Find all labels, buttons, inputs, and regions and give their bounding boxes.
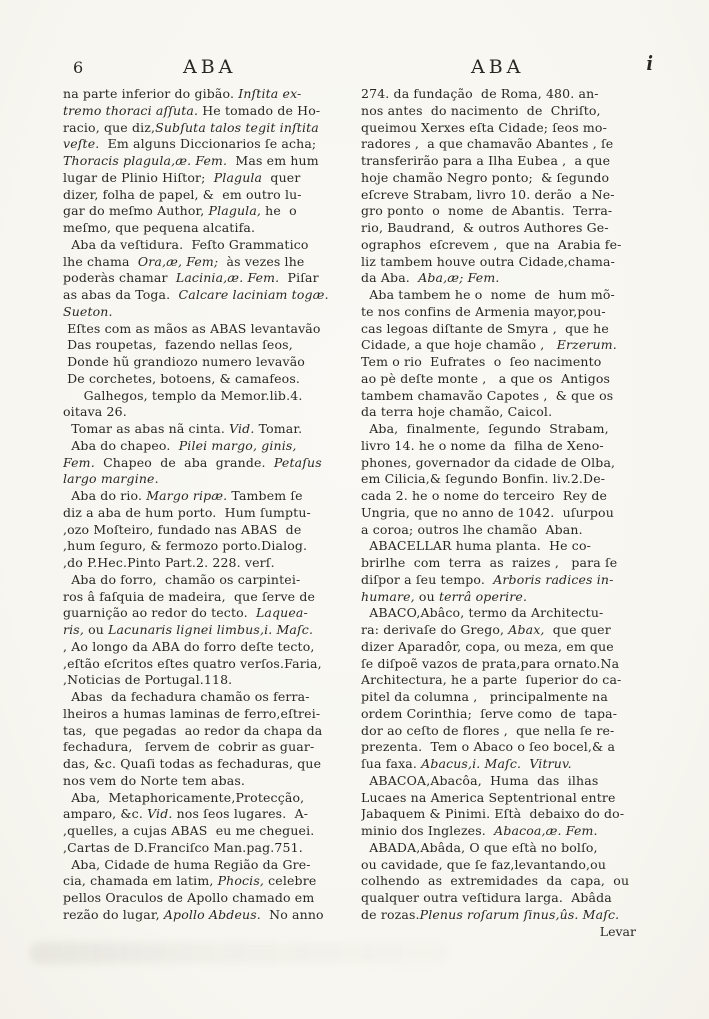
text-line: Aba do chapeo. Pilei margo, ginis, xyxy=(63,438,352,455)
text-segment: da terra hoje chamão, Caicol. xyxy=(361,404,552,419)
italic-text-segment: Fem. xyxy=(63,455,95,470)
text-line: ao pè deſte monte , a que os Antigos xyxy=(361,371,650,388)
text-line: Aba, finalmente, ſegundo Strabam, xyxy=(361,421,650,438)
text-segment: ographos eſcrevem , que na Arabia fe- xyxy=(361,237,622,252)
text-segment: dizer, folha de papel, & em outro lu- xyxy=(63,187,302,202)
italic-text-segment: Margo ripæ. xyxy=(146,488,227,503)
italic-text-segment: Plenus roſarum ſinus,ûs. Maſc. xyxy=(420,907,620,922)
text-segment: Architectura, he a parte ſuperior do ca- xyxy=(361,672,621,687)
italic-text-segment: Pilei margo, ginis, xyxy=(179,438,297,453)
text-segment: phones, governador da cidade de Olba, xyxy=(361,455,615,470)
text-segment: às vezes lhe xyxy=(218,254,304,269)
text-line: ABACOA,Abacôa, Huma das ilhas xyxy=(361,773,650,790)
text-segment: Galhegos, templo da Memor.lib.4. xyxy=(63,388,302,403)
text-segment: poderàs chamar xyxy=(63,270,176,285)
text-line: Thoracis plagula,æ. Fem. Mas em hum xyxy=(63,153,352,170)
signature-mark: i xyxy=(647,53,653,76)
text-segment: nos antes do nacimento de Chriſto, xyxy=(361,103,601,118)
text-segment: gar do meſmo Author, xyxy=(63,203,209,218)
text-line: Aba, Cidade de huma Região da Gre- xyxy=(63,857,352,874)
italic-text-segment: largo margine. xyxy=(63,471,159,486)
text-segment: cia, chamada em latim, xyxy=(63,873,218,888)
text-segment: Das roupetas, fazendo nellas ſeos, xyxy=(63,337,293,352)
text-line: ordem Corinthia; ſerve como de tapa- xyxy=(361,706,650,723)
text-line: qualquer outra veſtidura larga. Abâda xyxy=(361,890,650,907)
text-line: ABACELLAR huma planta. He co- xyxy=(361,538,650,555)
text-line: ros â faſquia de madeira, que ſerve de xyxy=(63,589,352,606)
text-line: a coroa; outros lhe chamão Aban. xyxy=(361,522,650,539)
text-segment: ,Cartas de D.Franciſco Man.pag.751. xyxy=(63,840,303,855)
text-segment: em Cilicia,& ſegundo Bonfin. liv.2.De- xyxy=(361,471,605,486)
text-segment: cada 2. he o nome do terceiro Rey de xyxy=(361,488,607,503)
text-line: ,do P.Hec.Pinto Part.2. 228. verſ. xyxy=(63,555,352,572)
text-line: ABADA,Abâda, O que eſtà no bolſo, xyxy=(361,840,650,857)
text-segment: Tambem ſe xyxy=(227,488,302,503)
text-segment: 274. da fundação de Roma, 480. an- xyxy=(361,86,599,101)
text-segment: Aba, Metaphoricamente,Protecção, xyxy=(63,790,304,805)
text-segment: ,Noticias de Portugal.118. xyxy=(63,672,232,687)
text-segment: de rozas. xyxy=(361,907,420,922)
text-line: nos vem do Norte tem abas. xyxy=(63,773,352,790)
text-line: racio, que diz,Subſuta talos tegit inſti… xyxy=(63,120,352,137)
text-line: ,Noticias de Portugal.118. xyxy=(63,672,352,689)
text-segment: queimou Xerxes eſta Cidade; ſeos mo- xyxy=(361,120,607,135)
text-segment: tas, que pegadas ao redor da chapa da xyxy=(63,723,322,738)
text-line: Architectura, he a parte ſuperior do ca- xyxy=(361,672,650,689)
text-segment: ordem Corinthia; ſerve como de tapa- xyxy=(361,706,617,721)
right-text-column: 274. da fundação de Roma, 480. an-nos an… xyxy=(361,86,650,940)
text-line: queimou Xerxes eſta Cidade; ſeos mo- xyxy=(361,120,650,137)
italic-text-segment: Lacunaris lignei limbus,i. Maſc. xyxy=(108,622,313,637)
text-segment: Tem o rio Eufrates o ſeo nacimento xyxy=(361,354,601,369)
text-segment: que quer xyxy=(545,622,611,637)
text-line: ,hum ſeguro, & fermozo porto.Dialog. xyxy=(63,538,352,555)
text-segment: Aba do rio. xyxy=(63,488,146,503)
text-line: brirlhe com terra as raizes , para ſe xyxy=(361,555,650,572)
text-segment: pitel da columna , principalmente na xyxy=(361,689,608,704)
text-segment: colhendo as extremidades da capa, ou xyxy=(361,873,629,888)
text-segment: na parte inferior do gibão. xyxy=(63,86,238,101)
text-line: diſpor a ſeu tempo. Arboris radices in- xyxy=(361,572,650,589)
text-segment: Em alguns Diccionarios ſe acha; xyxy=(99,136,316,151)
text-line: radores , a que chamavão Abantes , ſe xyxy=(361,136,650,153)
text-segment: He tomado de Ho- xyxy=(198,103,320,118)
text-segment: Piſar xyxy=(279,270,318,285)
text-line: Aba, Metaphoricamente,Protecção, xyxy=(63,790,352,807)
text-line: na parte inferior do gibão. Inſtita ex- xyxy=(63,86,352,103)
text-segment: ,quelles, a cujas ABAS eu me cheguei. xyxy=(63,823,314,838)
text-segment: pellos Oraculos de Apollo chamado em xyxy=(63,890,314,905)
italic-text-segment: veſte. xyxy=(63,136,99,151)
text-line: Donde hũ grandiozo numero levavão xyxy=(63,354,352,371)
text-line: rio, Baudrand, & outros Authores Ge- xyxy=(361,220,650,237)
italic-text-segment: Arboris radices in- xyxy=(493,572,613,587)
italic-text-segment: Inſtita ex- xyxy=(238,86,301,101)
text-segment: Aba tambem he o nome de hum mõ- xyxy=(361,287,615,302)
text-segment: Chapeo de aba grande. xyxy=(95,455,274,470)
italic-text-segment: Calcare laciniam togæ. xyxy=(179,287,329,302)
text-line: minio dos Inglezes. Abacoa,æ. Fem. xyxy=(361,823,650,840)
text-segment: cas legoas diſtante de Smyra , que he xyxy=(361,321,609,336)
text-segment: a coroa; outros lhe chamão Aban. xyxy=(361,522,583,537)
text-segment: Cidade, a que hoje chamão , xyxy=(361,337,557,352)
text-line: transferirão para a Ilha Eubea , a que xyxy=(361,153,650,170)
text-line: tambem chamavão Capotes , & que os xyxy=(361,388,650,405)
text-line: ra: derivaſe do Grego, Abax, que quer xyxy=(361,622,650,639)
text-segment: fechadura, ſervem de cobrir as guar- xyxy=(63,739,314,754)
text-segment: ,do P.Hec.Pinto Part.2. 228. verſ. xyxy=(63,555,275,570)
text-line: cia, chamada em latim, Phocis, celebre xyxy=(63,873,352,890)
text-line: ,quelles, a cujas ABAS eu me cheguei. xyxy=(63,823,352,840)
text-segment: Abas da fechadura chamão os ferra- xyxy=(63,689,310,704)
text-segment: De corchetes, botoens, & camafeos. xyxy=(63,371,300,386)
text-line: dizer, folha de papel, & em outro lu- xyxy=(63,187,352,204)
text-segment: livro 14. he o nome da filha de Xeno- xyxy=(361,438,604,453)
text-line: em Cilicia,& ſegundo Bonfin. liv.2.De- xyxy=(361,471,650,488)
text-line: veſte. Em alguns Diccionarios ſe acha; xyxy=(63,136,352,153)
text-segment: nos vem do Norte tem abas. xyxy=(63,773,245,788)
text-segment: das, &c. Quaſi todas as fechaduras, que xyxy=(63,756,321,771)
text-line: liz tambem houve outra Cidade,chama- xyxy=(361,254,650,271)
text-line: fechadura, ſervem de cobrir as guar- xyxy=(63,739,352,756)
text-line: Sueton. xyxy=(63,304,352,321)
text-line: da Aba. Aba,æ; Fem. xyxy=(361,270,650,287)
text-segment: ou xyxy=(84,622,108,637)
italic-text-segment: humare, xyxy=(361,589,415,604)
text-segment: ABACO,Abâco, termo da Architectu- xyxy=(361,605,603,620)
text-segment: meſmo, que pequena alcatifa. xyxy=(63,220,255,235)
italic-text-segment: Plagula, xyxy=(209,203,262,218)
italic-text-segment: Apollo Abdeus. xyxy=(164,907,261,922)
text-line: as abas da Toga. Calcare laciniam togæ. xyxy=(63,287,352,304)
text-line: amparo, &c. Vid. nos ſeos lugares. A- xyxy=(63,806,352,823)
text-line: da terra hoje chamão, Caicol. xyxy=(361,404,650,421)
italic-text-segment: Sueton. xyxy=(63,304,113,319)
text-segment: quer xyxy=(262,170,300,185)
text-segment: rezão do lugar, xyxy=(63,907,164,922)
text-line: rezão do lugar, Apollo Abdeus. No anno xyxy=(63,907,352,924)
text-segment: ,ozo Moſteiro, fundado nas ABAS de xyxy=(63,522,301,537)
text-segment: diz a aba de hum porto. Hum ſumptu- xyxy=(63,505,311,520)
text-line: lugar de Plinio Hiſtor; Plagula quer xyxy=(63,170,352,187)
text-segment: ſe diſpoẽ vazos de prata,para ornato.Na xyxy=(361,656,619,671)
text-segment: ABACOA,Abacôa, Huma das ilhas xyxy=(361,773,598,788)
text-line: Jabaquem & Pinimi. Eſtà debaixo do do- xyxy=(361,806,650,823)
text-segment: ſua faxa. xyxy=(361,756,421,771)
text-segment: diſpor a ſeu tempo. xyxy=(361,572,493,587)
text-segment: te nos confins de Armenia mayor,pou- xyxy=(361,304,606,319)
text-segment: No anno xyxy=(261,907,324,922)
text-segment: ,eſtão eſcritos eſtes quatro verſos.Fari… xyxy=(63,656,322,671)
text-segment: Aba, Cidade de huma Região da Gre- xyxy=(63,857,311,872)
text-line: ſua faxa. Abacus,i. Maſc. Vitruv. xyxy=(361,756,650,773)
text-line: Fem. Chapeo de aba grande. Petaſus xyxy=(63,455,352,472)
text-line: ographos eſcrevem , que na Arabia fe- xyxy=(361,237,650,254)
page-number: 6 xyxy=(73,58,83,77)
text-segment: rio, Baudrand, & outros Authores Ge- xyxy=(361,220,609,235)
text-line: Galhegos, templo da Memor.lib.4. xyxy=(63,388,352,405)
text-segment: ao pè deſte monte , a que os Antigos xyxy=(361,371,610,386)
text-line: colhendo as extremidades da capa, ou xyxy=(361,873,650,890)
text-line: ris, ou Lacunaris lignei limbus,i. Maſc. xyxy=(63,622,352,639)
text-line: De corchetes, botoens, & camafeos. xyxy=(63,371,352,388)
text-line: eſcreve Strabam, livro 10. derão a Ne- xyxy=(361,187,650,204)
text-line: lhe chama Ora,æ, Fem; às vezes lhe xyxy=(63,254,352,271)
text-line: Abas da fechadura chamão os ferra- xyxy=(63,689,352,706)
text-line: diz a aba de hum porto. Hum ſumptu- xyxy=(63,505,352,522)
text-segment: ,hum ſeguro, & fermozo porto.Dialog. xyxy=(63,538,307,553)
italic-text-segment: Erzerum. xyxy=(557,337,617,352)
text-segment: ou xyxy=(415,589,439,604)
text-line: hoje chamão Negro ponto; & ſegundo xyxy=(361,170,650,187)
italic-text-segment: Vid. xyxy=(229,421,254,436)
text-segment: Aba do chapeo. xyxy=(63,438,179,453)
text-segment: he o xyxy=(261,203,297,218)
text-line: te nos confins de Armenia mayor,pou- xyxy=(361,304,650,321)
text-segment: prezenta. Tem o Abaco o ſeo bocel,& a xyxy=(361,739,615,754)
text-segment: lhe chama xyxy=(63,254,138,269)
text-line: Aba tambem he o nome de hum mõ- xyxy=(361,287,650,304)
italic-text-segment: Laquea- xyxy=(256,605,308,620)
text-segment: ABACELLAR huma planta. He co- xyxy=(361,538,591,553)
text-segment: Aba da veſtidura. Feſto Grammatico xyxy=(63,237,309,252)
italic-text-segment: Ora,æ, Fem; xyxy=(138,254,218,269)
text-segment: amparo, &c. xyxy=(63,806,147,821)
text-segment: lheiros a humas laminas de ferro,eſtrei- xyxy=(63,706,320,721)
text-segment: Lucaes na America Septentrional entre xyxy=(361,790,616,805)
text-segment: nos ſeos lugares. A- xyxy=(172,806,308,821)
text-segment: ros â faſquia de madeira, que ſerve de xyxy=(63,589,315,604)
text-line: 274. da fundação de Roma, 480. an- xyxy=(361,86,650,103)
text-segment: celebre xyxy=(264,873,316,888)
text-segment: as abas da Toga. xyxy=(63,287,179,302)
text-segment: ra: derivaſe do Grego, xyxy=(361,622,508,637)
text-columns: na parte inferior do gibão. Inſtita ex-t… xyxy=(63,86,657,940)
text-line: Das roupetas, fazendo nellas ſeos, xyxy=(63,337,352,354)
text-segment: minio dos Inglezes. xyxy=(361,823,494,838)
italic-text-segment: Subſuta talos tegit inſtita xyxy=(155,120,319,135)
text-line: gro ponto o nome de Abantis. Terra- xyxy=(361,203,650,220)
text-segment: oitava 26. xyxy=(63,404,127,419)
text-line: Ungria, que no anno de 1042. uſurpou xyxy=(361,505,650,522)
page-header: 6 ABA ABA i xyxy=(63,56,657,82)
text-segment: Jabaquem & Pinimi. Eſtà debaixo do do- xyxy=(361,806,624,821)
italic-text-segment: Aba,æ; Fem. xyxy=(418,270,499,285)
text-line: prezenta. Tem o Abaco o ſeo bocel,& a xyxy=(361,739,650,756)
text-segment: eſcreve Strabam, livro 10. derão a Ne- xyxy=(361,187,615,202)
text-line: ABACO,Abâco, termo da Architectu- xyxy=(361,605,650,622)
text-segment: liz tambem houve outra Cidade,chama- xyxy=(361,254,615,269)
scan-smudge xyxy=(30,942,450,964)
text-segment: Tomar as abas nã cinta. xyxy=(63,421,229,436)
italic-text-segment: Abax, xyxy=(508,622,544,637)
text-line: pitel da columna , principalmente na xyxy=(361,689,650,706)
italic-text-segment: ris, xyxy=(63,622,84,637)
text-segment: Tomar. xyxy=(254,421,302,436)
text-line: Cidade, a que hoje chamão , Erzerum. xyxy=(361,337,650,354)
italic-text-segment: tremo thoraci aſſuta. xyxy=(63,103,198,118)
italic-text-segment: Phocis, xyxy=(218,873,264,888)
text-line: livro 14. he o nome da filha de Xeno- xyxy=(361,438,650,455)
text-segment: transferirão para a Ilha Eubea , a que xyxy=(361,153,610,168)
scanned-book-page: 6 ABA ABA i na parte inferior do gibão. … xyxy=(0,0,709,1019)
text-segment: Ungria, que no anno de 1042. uſurpou xyxy=(361,505,614,520)
italic-text-segment: Abacoa,æ. Fem. xyxy=(494,823,597,838)
text-segment: Eſtes com as mãos as ABAS levantavão xyxy=(63,321,321,336)
text-segment: qualquer outra veſtidura larga. Abâda xyxy=(361,890,612,905)
text-segment: Donde hũ grandiozo numero levavão xyxy=(63,354,305,369)
text-line: Aba do forro, chamão os carpintei- xyxy=(63,572,352,589)
text-line: dizer Aparadôr, copa, ou meza, em que xyxy=(361,639,650,656)
text-line: humare, ou terrâ operire. xyxy=(361,589,650,606)
text-segment: dor ao ceſto de flores , que nella ſe re… xyxy=(361,723,614,738)
italic-text-segment: Petaſus xyxy=(274,455,322,470)
text-line: de rozas.Plenus roſarum ſinus,ûs. Maſc. xyxy=(361,907,650,924)
italic-text-segment: Lacinia,æ. Fem. xyxy=(176,270,279,285)
text-segment: lugar de Plinio Hiſtor; xyxy=(63,170,214,185)
text-line: oitava 26. xyxy=(63,404,352,421)
text-line: Aba do rio. Margo ripæ. Tambem ſe xyxy=(63,488,352,505)
text-line: guarnição ao redor do tecto. Laquea- xyxy=(63,605,352,622)
catchword: Levar xyxy=(361,924,650,941)
text-line: poderàs chamar Lacinia,æ. Fem. Piſar xyxy=(63,270,352,287)
text-line: meſmo, que pequena alcatifa. xyxy=(63,220,352,237)
text-segment: da Aba. xyxy=(361,270,418,285)
text-segment: hoje chamão Negro ponto; & ſegundo xyxy=(361,170,609,185)
text-line: Tomar as abas nã cinta. Vid. Tomar. xyxy=(63,421,352,438)
text-line: ,ozo Moſteiro, fundado nas ABAS de xyxy=(63,522,352,539)
text-line: Aba da veſtidura. Feſto Grammatico xyxy=(63,237,352,254)
italic-text-segment: Thoracis plagula,æ. Fem. xyxy=(63,153,227,168)
text-segment: guarnição ao redor do tecto. xyxy=(63,605,256,620)
text-segment: Aba do forro, chamão os carpintei- xyxy=(63,572,300,587)
text-line: gar do meſmo Author, Plagula, he o xyxy=(63,203,352,220)
text-segment: Aba, finalmente, ſegundo Strabam, xyxy=(361,421,609,436)
text-segment: radores , a que chamavão Abantes , ſe xyxy=(361,136,613,151)
text-segment: tambem chamavão Capotes , & que os xyxy=(361,388,613,403)
text-line: dor ao ceſto de flores , que nella ſe re… xyxy=(361,723,650,740)
text-line: phones, governador da cidade de Olba, xyxy=(361,455,650,472)
text-line: ou cavidade, que ſe faz,levantando,ou xyxy=(361,857,650,874)
text-line: ſe diſpoẽ vazos de prata,para ornato.Na xyxy=(361,656,650,673)
text-line: cada 2. he o nome do terceiro Rey de xyxy=(361,488,650,505)
text-line: pellos Oraculos de Apollo chamado em xyxy=(63,890,352,907)
text-segment: Mas em hum xyxy=(227,153,319,168)
text-line: ,Cartas de D.Franciſco Man.pag.751. xyxy=(63,840,352,857)
text-segment: , Ao longo da ABA do forro deſte tecto, xyxy=(63,639,315,654)
text-line: lheiros a humas laminas de ferro,eſtrei- xyxy=(63,706,352,723)
text-segment: dizer Aparadôr, copa, ou meza, em que xyxy=(361,639,614,654)
text-line: , Ao longo da ABA do forro deſte tecto, xyxy=(63,639,352,656)
italic-text-segment: terrâ operire. xyxy=(439,589,527,604)
text-line: Lucaes na America Septentrional entre xyxy=(361,790,650,807)
text-line: das, &c. Quaſi todas as fechaduras, que xyxy=(63,756,352,773)
text-line: Eſtes com as mãos as ABAS levantavão xyxy=(63,321,352,338)
italic-text-segment: Vid. xyxy=(147,806,172,821)
text-line: cas legoas diſtante de Smyra , que he xyxy=(361,321,650,338)
text-line: tremo thoraci aſſuta. He tomado de Ho- xyxy=(63,103,352,120)
text-line: ,eſtão eſcritos eſtes quatro verſos.Fari… xyxy=(63,656,352,673)
text-segment: gro ponto o nome de Abantis. Terra- xyxy=(361,203,612,218)
running-head-right: ABA xyxy=(471,56,524,78)
text-segment: racio, que diz, xyxy=(63,120,155,135)
text-line: Tem o rio Eufrates o ſeo nacimento xyxy=(361,354,650,371)
italic-text-segment: Abacus,i. Maſc. Vitruv. xyxy=(421,756,572,771)
text-line: nos antes do nacimento de Chriſto, xyxy=(361,103,650,120)
text-line: largo margine. xyxy=(63,471,352,488)
running-head-left: ABA xyxy=(183,56,236,78)
text-line: tas, que pegadas ao redor da chapa da xyxy=(63,723,352,740)
italic-text-segment: Plagula xyxy=(214,170,262,185)
text-segment: ABADA,Abâda, O que eſtà no bolſo, xyxy=(361,840,598,855)
text-segment: brirlhe com terra as raizes , para ſe xyxy=(361,555,617,570)
left-text-column: na parte inferior do gibão. Inſtita ex-t… xyxy=(63,86,352,940)
text-segment: ou cavidade, que ſe faz,levantando,ou xyxy=(361,857,606,872)
